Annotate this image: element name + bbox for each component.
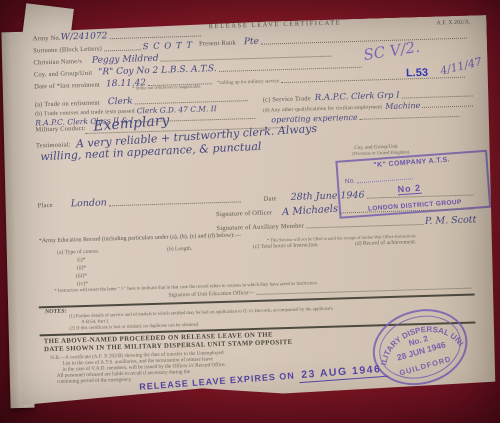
form-ref: A.F. X 202/A. — [436, 19, 470, 26]
dotted-line — [261, 36, 467, 45]
present-rank-label: Present Rank — [199, 39, 236, 47]
military-conduct-label: Military Conduct: — [35, 125, 85, 133]
annotation-l53-stamp: L.53 — [406, 67, 428, 80]
education-col-a: (a) Type of course. — [57, 249, 99, 256]
release-leave-certificate: Army No. W/241072 RELEASE LEAVE CERTIFIC… — [10, 15, 497, 407]
education-row-iv: (iv)* — [77, 281, 88, 287]
education-col-b: (b) Length. — [167, 246, 192, 253]
note-1b: A.B.64, Part I. — [81, 319, 109, 325]
army-no-value: W/241072 — [61, 31, 108, 42]
place-value: London — [71, 197, 107, 209]
company-stamp-line1: "K" COMPANY A.T.S. — [338, 154, 486, 172]
form-title: RELEASE LEAVE CERTIFICATE — [202, 19, 347, 30]
education-row-iii: (iii)* — [76, 273, 87, 279]
date-value: 28th June 1946 — [291, 190, 365, 203]
dotted-line — [219, 65, 362, 72]
place-row: Place London — [38, 192, 243, 209]
dotted-line — [340, 206, 474, 213]
present-rank-row: Present Rank Pte — [199, 30, 469, 48]
calling-up-label: *calling up for military service — [217, 79, 279, 86]
education-col-c: (c) Total hours of Instruction. — [253, 242, 319, 250]
surname-label: Surname (Block Letters) — [33, 45, 102, 54]
officer-signature-value: A Michaels — [282, 204, 339, 219]
education-col-d: (d) Record of achievement. — [355, 239, 416, 247]
expiry-stamp-date: 23 AUG 1946 — [299, 363, 388, 383]
education-heading: *Army Education Record (including partic… — [39, 232, 241, 244]
dotted-line — [357, 176, 413, 183]
auxiliary-signature-label: Signature of Auxiliary Member — [216, 223, 304, 233]
dotted-line — [109, 34, 200, 40]
dotted-line — [306, 222, 423, 228]
date-label: Date — [264, 195, 277, 202]
enrolment-label: Date of *last enrolment — [34, 82, 100, 91]
strike-out-note: * Strike out whichever is inapplicable. — [132, 84, 201, 91]
officer-signature-label: Signature of Officer — [216, 209, 272, 218]
unit-label: Coy. and Group/Unit — [34, 70, 93, 79]
place-label: Place — [38, 202, 53, 209]
surname-value: S C O T T — [142, 41, 193, 52]
education-row-ii: (ii)* — [77, 265, 87, 271]
note-1: (1) Further details of service and of me… — [69, 307, 333, 320]
dotted-line — [422, 103, 473, 108]
photograph-background: Army No. W/241072 RELEASE LEAVE CERTIFIC… — [0, 0, 500, 423]
service-trade-label: (c) Service Trade — [263, 95, 311, 103]
dotted-line — [104, 47, 141, 51]
dotted-line — [360, 114, 460, 120]
notes-heading: NOTES: — [45, 309, 67, 316]
calling-up-row: *calling up for military service — [217, 74, 467, 86]
dotted-line — [281, 75, 465, 83]
education-row-i: (i)* — [77, 257, 85, 263]
release-nb-line5: continuing period of the emergency. — [57, 377, 132, 385]
military-dispersal-unit-stamp: MILITARY DISPERSAL UNIT No. 2 28 JUN 194… — [361, 295, 479, 399]
auxiliary-signature-value: P. M. Scott — [425, 214, 477, 227]
present-rank-value: Pte — [244, 37, 259, 47]
company-stamp-no-label: No. — [345, 178, 356, 186]
christian-name-label: Christian Name/s — [33, 58, 82, 66]
education-signature-label: Signature of Unit Education Officer— — [168, 290, 254, 299]
army-no-label: Army No. — [33, 35, 61, 43]
dotted-line — [109, 199, 241, 206]
christian-name-value: Peggy Mildred — [92, 54, 159, 66]
